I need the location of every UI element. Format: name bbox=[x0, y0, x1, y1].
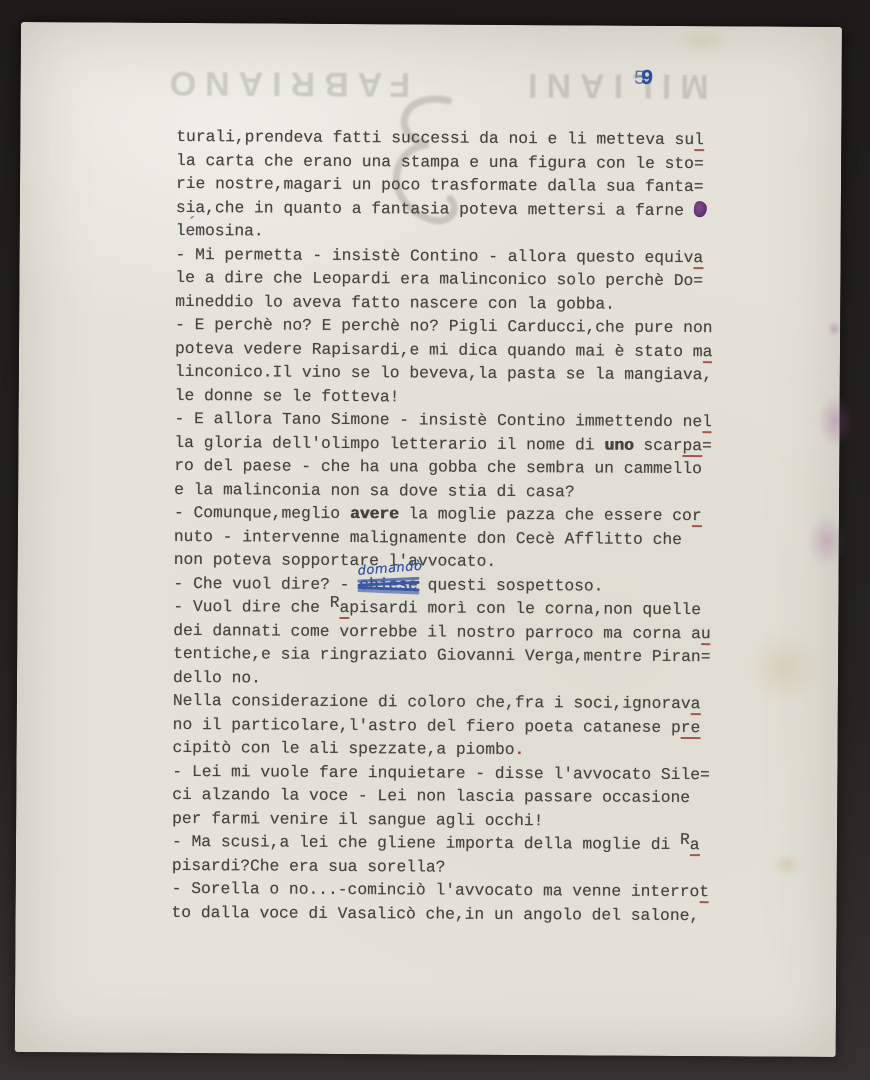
typescript-line: poteva vedere Rapisardi,e mi dica quando… bbox=[175, 336, 713, 363]
typescript-line: dei dannati come vorrebbe il nostro parr… bbox=[173, 618, 711, 645]
typescript-line: la carta che erano una stampa e una figu… bbox=[176, 148, 714, 175]
correction-underline: re bbox=[681, 718, 701, 739]
typescript-line: dello no. bbox=[173, 665, 711, 692]
typescript-line: Nella considerazione di coloro che,fra i… bbox=[173, 689, 711, 716]
purple-accent-mark: ´ bbox=[187, 212, 196, 236]
typescript-line: no il particolare,l'astro del fiero poet… bbox=[173, 712, 711, 739]
stain bbox=[827, 321, 841, 337]
stain bbox=[818, 395, 852, 447]
correction-underline: u bbox=[701, 624, 711, 645]
correction-underline: a bbox=[693, 248, 703, 269]
page-number: 59 bbox=[634, 68, 654, 91]
red-mark: . bbox=[514, 740, 524, 759]
correction-underline: a bbox=[691, 694, 701, 715]
correction-underline: a bbox=[703, 342, 713, 363]
typescript-line: la gloria dell'olimpo letterario il nome… bbox=[174, 430, 712, 457]
typescript-line: - Vuol dire che Rapisardi morì con le co… bbox=[173, 595, 711, 622]
typescript-line: - Ma scusi,a lei che gliene importa dell… bbox=[172, 830, 710, 857]
typescript-line: - E perchè no? E perchè no? Pigli Carduc… bbox=[175, 313, 713, 340]
correction-underline: a bbox=[690, 835, 700, 856]
correction-underline: t bbox=[699, 882, 709, 903]
stain bbox=[772, 853, 802, 877]
correction-underline: a bbox=[339, 598, 349, 619]
struck-word: chiesedomandò bbox=[359, 575, 418, 594]
typescript-line: linconico.Il vino se lo beveva,la pasta … bbox=[175, 360, 713, 387]
raised-character: R bbox=[680, 828, 690, 852]
typescript-line: ci alzando la voce - Lei non lascia pass… bbox=[172, 783, 710, 810]
stain bbox=[745, 628, 823, 706]
correction-underline: r bbox=[692, 506, 702, 527]
typescript-line: - Comunque,meglio avere la moglie pazza … bbox=[174, 501, 712, 528]
correction-underline: pa bbox=[682, 436, 702, 457]
watermark-word: MILIANI bbox=[519, 66, 709, 106]
correction-underline: l bbox=[694, 130, 704, 151]
typescript-line: rie nostre,magari un poco trasformate da… bbox=[176, 172, 714, 199]
typescript-line: pisardi?Che era sua sorella? bbox=[172, 853, 710, 880]
text-block: turali,prendeva fatti successi da noi e … bbox=[171, 125, 713, 927]
typescript-line: - Lei mi vuole fare inquietare - disse l… bbox=[172, 759, 710, 786]
typescript-line: ro del paese - che ha una gobba che semb… bbox=[174, 454, 712, 481]
scanned-typescript-page: MILIANI FABRIANO 59 turali,prendeva fatt… bbox=[0, 0, 870, 1080]
typescript-line: mineddio lo aveva fatto nascere con la g… bbox=[175, 289, 713, 316]
typescript-line: le donne se le fotteva! bbox=[175, 383, 713, 410]
overtyped-text: avere bbox=[350, 504, 399, 523]
overtyped-text: uno bbox=[604, 435, 633, 454]
stain bbox=[808, 515, 846, 567]
typescript-line: turali,prendeva fatti successi da noi e … bbox=[176, 125, 714, 152]
typescript-line: le a dire che Leopardi era malinconico s… bbox=[175, 266, 713, 293]
typescript-line: le´mosina. bbox=[176, 219, 714, 246]
ink-blot bbox=[694, 201, 707, 217]
document-page: MILIANI FABRIANO 59 turali,prendeva fatt… bbox=[15, 22, 842, 1057]
typescript-line: sia,che in quanto a fantasia poteva mett… bbox=[176, 195, 714, 222]
typescript-line: non poteva sopportare l'avvocato. bbox=[174, 548, 712, 575]
stain bbox=[673, 28, 733, 54]
typescript-line: cipitò con le ali spezzate,a piombo. bbox=[172, 736, 710, 763]
typescript-line: e la malinconia non sa dove stia di casa… bbox=[174, 477, 712, 504]
correction-underline: l bbox=[702, 412, 712, 433]
typescript-line: - Sorella o no...-cominciò l'avvocato ma… bbox=[172, 877, 710, 904]
corrected-character: e´ bbox=[185, 221, 195, 240]
typescript-line: tentiche,e sia ringraziato Giovanni Verg… bbox=[173, 642, 711, 669]
page-number-handwritten-digit: 9 bbox=[640, 67, 654, 91]
typescript-line: - E allora Tano Simone - insistè Contino… bbox=[175, 407, 713, 434]
typescript-line: per farmi venire il sangue agli occhi! bbox=[172, 806, 710, 833]
typescript-line: - Che vuol dire? - chiesedomandò questi … bbox=[174, 571, 712, 598]
typescript-line: nuto - intervenne malignamente don Cecè … bbox=[174, 524, 712, 551]
typescript-line: to dalla voce di Vasalicò che,in un ango… bbox=[171, 900, 709, 927]
typescript-line: - Mi permetta - insistè Contino - allora… bbox=[176, 242, 714, 269]
raised-character: R bbox=[330, 591, 340, 615]
